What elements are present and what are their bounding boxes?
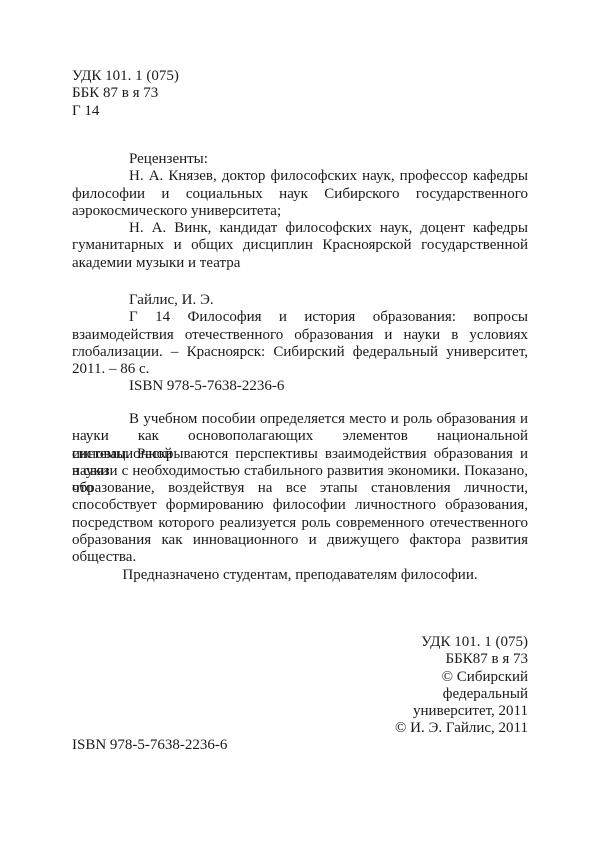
abstract-line: науки как основополагающих элементов нац… xyxy=(72,428,528,445)
abstract-line: системы. Раскрываются перспективы взаимо… xyxy=(72,446,528,463)
reviewer-2-line-1: Н. А. Винк, кандидат философских наук, д… xyxy=(72,220,528,237)
footer-isbn-block: ISBN 978-5-7638-2236-6 xyxy=(72,737,528,754)
copyright-sfu-1: © Сибирский xyxy=(395,669,528,686)
audience-note: Предназначено студентам, преподавателям … xyxy=(72,567,528,584)
abstract-line: в связи с необходимостью стабильного раз… xyxy=(72,463,528,480)
author-mark: Г 14 xyxy=(72,103,528,120)
abstract-line: посредством которого реализуется роль со… xyxy=(72,515,528,532)
biblio-isbn: ISBN 978-5-7638-2236-6 xyxy=(72,378,528,395)
biblio-line-4: 2011. – 86 с. xyxy=(72,361,528,378)
reviewers-section: Рецензенты: Н. А. Князев, доктор философ… xyxy=(72,151,528,272)
abstract-line: образования как инновационного и движуще… xyxy=(72,532,528,549)
footer-isbn: ISBN 978-5-7638-2236-6 xyxy=(72,737,528,754)
reviewer-1-line-1: Н. А. Князев, доктор философских наук, п… xyxy=(72,168,528,185)
abstract-section: В учебном пособии определяется место и р… xyxy=(72,411,528,584)
copyright-sfu-2: федеральный xyxy=(395,686,528,703)
udk-code: УДК 101. 1 (075) xyxy=(72,68,528,85)
footer-udk: УДК 101. 1 (075) xyxy=(395,634,528,651)
bbk-code: ББК 87 в я 73 xyxy=(72,85,528,102)
abstract-line: образование, воздействуя на все этапы ст… xyxy=(72,480,528,497)
footer-codes: УДК 101. 1 (075) ББК87 в я 73 © Сибирски… xyxy=(395,634,528,738)
bibliographic-record: Гайлис, И. Э. Г 14 Философия и история о… xyxy=(72,292,528,396)
header-codes: УДК 101. 1 (075) ББК 87 в я 73 Г 14 xyxy=(72,68,528,120)
reviewer-1-line-3: аэрокосмического университета; xyxy=(72,203,528,220)
biblio-line-2: взаимодействия отечественного образовани… xyxy=(72,327,528,344)
book-author: Гайлис, И. Э. xyxy=(72,292,528,309)
biblio-line-3: глобализации. – Красноярск: Сибирский фе… xyxy=(72,344,528,361)
reviewer-2-line-2: гуманитарных и общих дисциплин Красноярс… xyxy=(72,237,528,254)
copyright-sfu-3: университет, 2011 xyxy=(395,703,528,720)
reviewer-2-line-3: академии музыки и театра xyxy=(72,255,528,272)
reviewer-1-line-2: философии и социальных наук Сибирского г… xyxy=(72,186,528,203)
abstract-line: общества. xyxy=(72,549,528,566)
copyright-author: © И. Э. Гайлис, 2011 xyxy=(395,720,528,737)
abstract-line: способствует формированию философии личн… xyxy=(72,497,528,514)
abstract-line: В учебном пособии определяется место и р… xyxy=(72,411,528,428)
biblio-line-1: Г 14 Философия и история образования: во… xyxy=(72,309,528,326)
footer-bbk: ББК87 в я 73 xyxy=(395,651,528,668)
reviewers-label: Рецензенты: xyxy=(72,151,528,168)
